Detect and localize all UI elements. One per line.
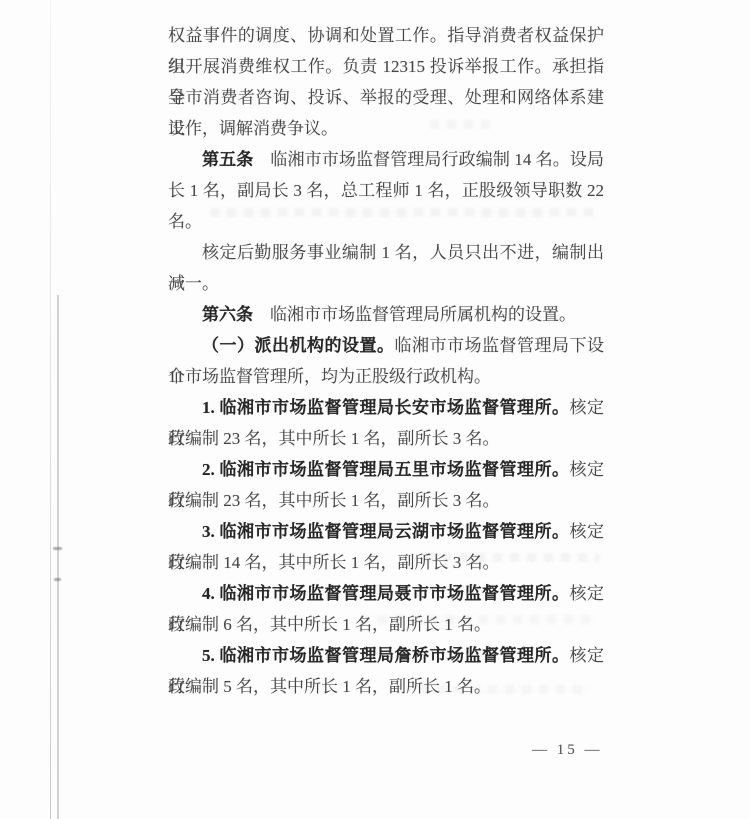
document-text-block: 权益事件的调度、协调和处置工作。指导消费者权益保护组织开展消费维权工作。负责 1… <box>168 20 604 702</box>
text-line: 政编制 23 名，其中所长 1 名，副所长 3 名。 <box>168 485 604 516</box>
text-segment: 政编制 23 名，其中所长 1 名，副所长 3 名。 <box>168 491 500 510</box>
text-line: 权益事件的调度、协调和处置工作。指导消费者权益保护组 <box>168 20 604 51</box>
text-segment: 工作，调解消费争议。 <box>168 119 338 138</box>
bold-text-segment: 5. 临湘市市场监督管理局詹桥市场监督管理所。 <box>202 646 570 665</box>
scan-edge-line <box>57 295 59 819</box>
text-line: 3. 临湘市市场监督管理局云湖市场监督管理所。核定行 <box>168 516 604 547</box>
text-line: 5. 临湘市市场监督管理局詹桥市场监督管理所。核定行 <box>168 640 604 671</box>
page-number: — 15 — <box>532 742 603 759</box>
text-line: 第五条 临湘市市场监督管理局行政编制 14 名。设局 <box>168 144 604 175</box>
text-segment: 政编制 23 名，其中所长 1 名，副所长 3 名。 <box>168 429 500 448</box>
bold-text-segment: 3. 临湘市市场监督管理局云湖市场监督管理所。 <box>202 522 570 541</box>
text-line: 织开展消费维权工作。负责 12315 投诉举报工作。承担指导 <box>168 51 604 82</box>
bold-text-segment: 2. 临湘市市场监督管理局五里市场监督管理所。 <box>202 460 570 479</box>
bold-text-segment: 第五条 <box>202 150 253 169</box>
text-segment: 政编制 6 名，其中所长 1 名，副所长 1 名。 <box>168 615 491 634</box>
text-line: 政编制 5 名，其中所长 1 名，副所长 1 名。 <box>168 671 604 702</box>
scanned-document-page: 权益事件的调度、协调和处置工作。指导消费者权益保护组织开展消费维权工作。负责 1… <box>0 0 750 819</box>
text-line: 减一。 <box>168 268 604 299</box>
text-line: 政编制 23 名，其中所长 1 名，副所长 3 名。 <box>168 423 604 454</box>
text-line: 政编制 14 名，其中所长 1 名，副所长 3 名。 <box>168 547 604 578</box>
text-line: 2. 临湘市市场监督管理局五里市场监督管理所。核定行 <box>168 454 604 485</box>
scan-artifact <box>54 578 61 581</box>
text-line: 名。 <box>168 206 604 237</box>
text-segment: 临湘市市场监督管理局行政编制 14 名。设局 <box>253 150 604 169</box>
text-segment: 政编制 5 名，其中所长 1 名，副所长 1 名。 <box>168 677 491 696</box>
text-segment: 减一。 <box>168 274 219 293</box>
text-line: 政编制 6 名，其中所长 1 名，副所长 1 名。 <box>168 609 604 640</box>
text-line: 核定后勤服务事业编制 1 名，人员只出不进，编制出一 <box>168 237 604 268</box>
text-segment: 政编制 14 名，其中所长 1 名，副所长 3 名。 <box>168 553 500 572</box>
scan-edge-line <box>50 0 51 819</box>
text-line: 全市消费者咨询、投诉、举报的受理、处理和网络体系建设 <box>168 82 604 113</box>
text-line: 个市场监督管理所，均为正股级行政机构。 <box>168 361 604 392</box>
text-line: 4. 临湘市市场监督管理局聂市市场监督管理所。核定行 <box>168 578 604 609</box>
text-line: 第六条 临湘市市场监督管理局所属机构的设置。 <box>168 299 604 330</box>
text-line: 长 1 名，副局长 3 名，总工程师 1 名，正股级领导职数 22 <box>168 175 604 206</box>
text-segment: 临湘市市场监督管理局所属机构的设置。 <box>253 305 576 324</box>
scan-artifact <box>53 547 62 550</box>
text-segment: 名。 <box>168 212 202 231</box>
bold-text-segment: 第六条 <box>202 305 253 324</box>
text-line: （一）派出机构的设置。临湘市市场监督管理局下设 11 <box>168 330 604 361</box>
text-line: 1. 临湘市市场监督管理局长安市场监督管理所。核定行 <box>168 392 604 423</box>
bold-text-segment: 4. 临湘市市场监督管理局聂市市场监督管理所。 <box>202 584 570 603</box>
text-segment: 个市场监督管理所，均为正股级行政机构。 <box>168 367 491 386</box>
bold-text-segment: （一）派出机构的设置。 <box>202 336 395 355</box>
bold-text-segment: 1. 临湘市市场监督管理局长安市场监督管理所。 <box>202 398 570 417</box>
text-segment: 长 1 名，副局长 3 名，总工程师 1 名，正股级领导职数 22 <box>168 181 604 200</box>
text-line: 工作，调解消费争议。 <box>168 113 604 144</box>
